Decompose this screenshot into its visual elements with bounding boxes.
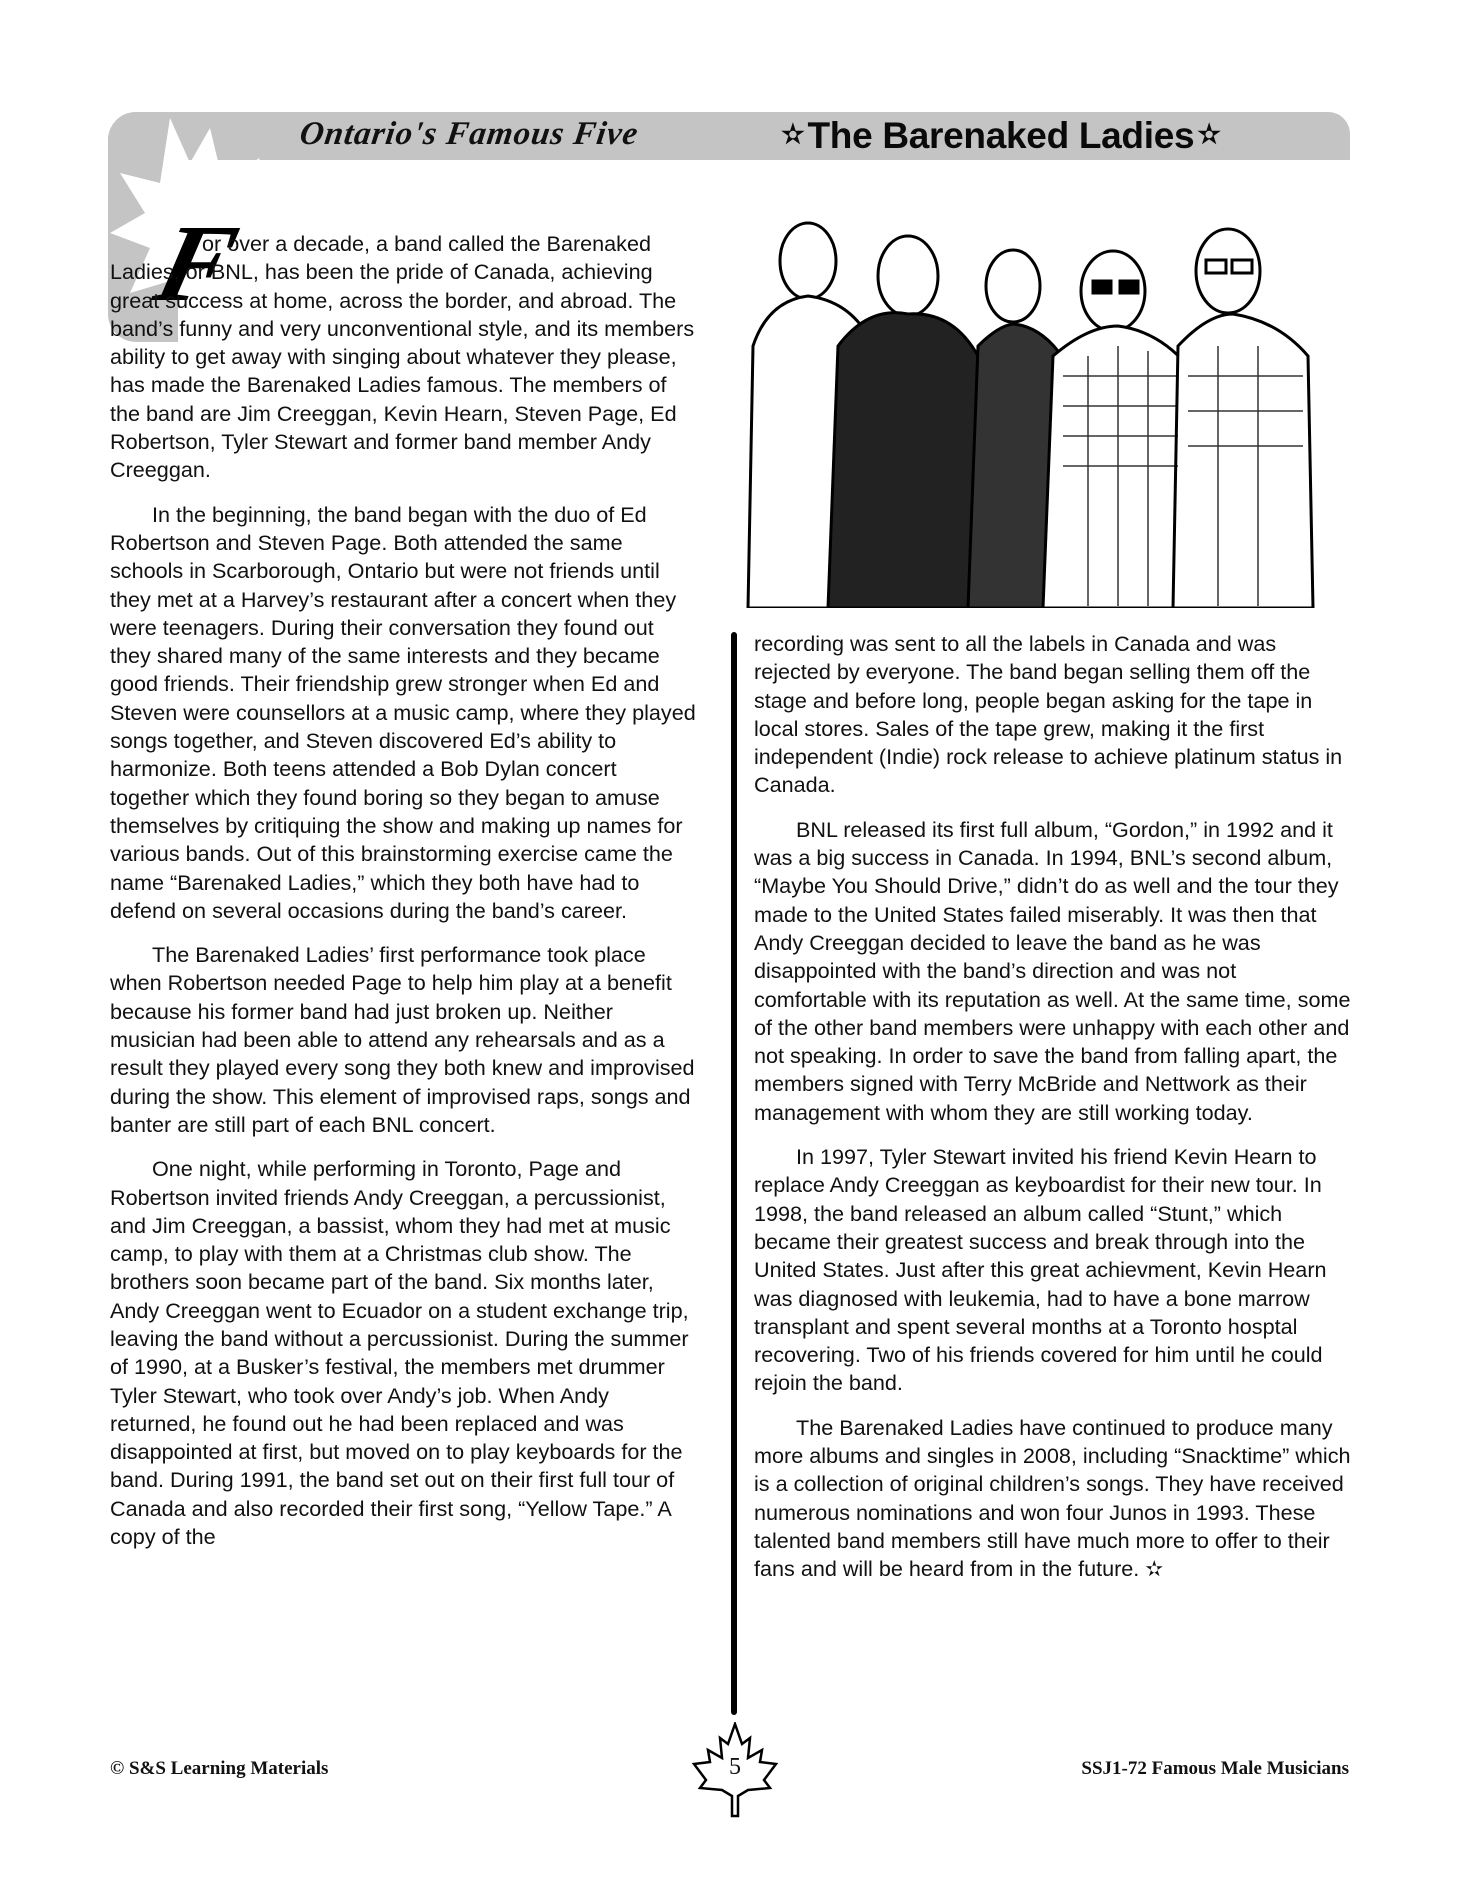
paragraph: The Barenaked Ladies’ first performance …	[110, 941, 700, 1139]
page-number: 5	[686, 1754, 784, 1781]
paragraph: BNL released its first full album, “Gord…	[754, 816, 1354, 1127]
page-title: ✫ The Barenaked Ladies ✫	[778, 112, 1224, 160]
paragraph: One night, while performing in Toronto, …	[110, 1155, 700, 1551]
article-left-column: or over a decade, a band called the Bare…	[110, 230, 700, 1567]
paragraph: In 1997, Tyler Stewart invited his frien…	[754, 1143, 1354, 1398]
series-title: Ontario's Famous Five	[297, 116, 640, 153]
star-icon: ✫	[1198, 119, 1220, 150]
paragraph: In the beginning, the band began with th…	[110, 501, 700, 925]
book-code: SSJ1-72 Famous Male Musicians	[1081, 1758, 1349, 1780]
paragraph: The Barenaked Ladies have continued to p…	[754, 1414, 1354, 1584]
star-icon: ✫	[782, 119, 804, 150]
paragraph-text: or over a decade, a band called the Bare…	[110, 231, 694, 482]
article-right-column: recording was sent to all the labels in …	[754, 630, 1354, 1600]
paragraph: recording was sent to all the labels in …	[754, 630, 1354, 800]
page-title-text: The Barenaked Ladies	[808, 115, 1195, 157]
paragraph: or over a decade, a band called the Bare…	[110, 230, 700, 485]
column-divider	[731, 632, 737, 1715]
copyright-text: © S&S Learning Materials	[110, 1758, 328, 1780]
band-illustration	[728, 196, 1350, 608]
